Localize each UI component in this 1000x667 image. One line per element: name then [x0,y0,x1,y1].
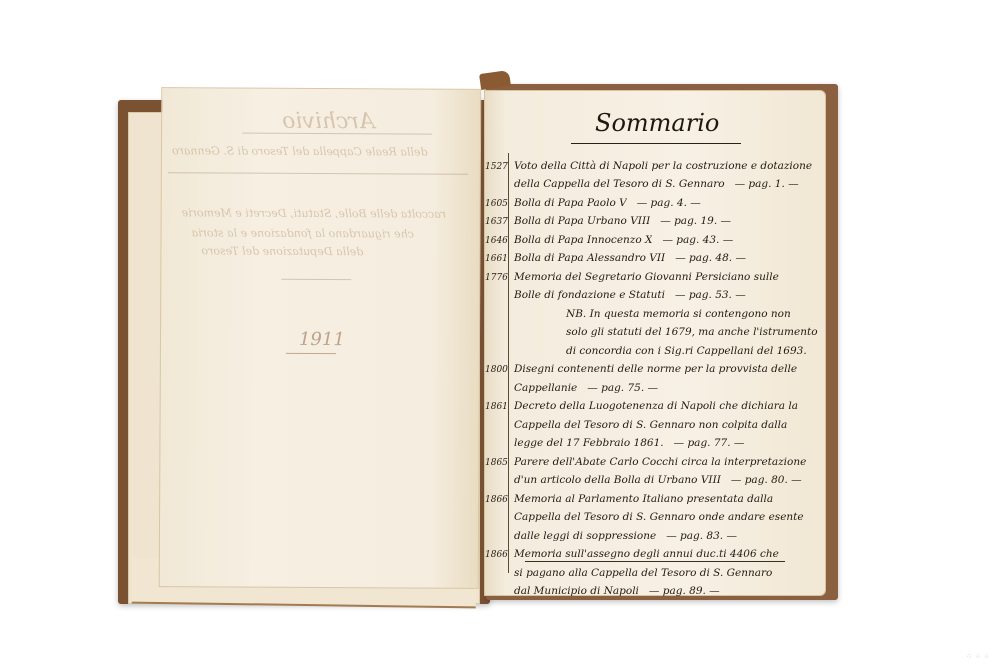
entry-line: 1776Memoria del Segretario Giovanni Pers… [485,264,825,283]
entry-line: 1866Memoria al Parlamento Italiano prese… [485,486,825,505]
entry-text: NB. In questa memoria si contengono non [510,308,791,320]
open-book-photo: Archivio della Reale Cappella del Tesoro… [0,0,1000,667]
entry-year: 1527 [485,162,510,172]
entry-text: dalle leggi di soppressione [510,530,656,542]
entry-page-ref: — pag. 75. — [587,382,658,394]
entry-line: 1527Voto della Città di Napoli per la co… [485,153,825,172]
entry-line: 1637Bolla di Papa Urbano VIII— pag. 19. … [485,209,825,228]
entry-line: solo gli statuti del 1679, ma anche l'is… [485,320,825,339]
sommario-entries: 1527Voto della Città di Napoli per la co… [485,153,825,597]
ghost-line: che riguardano la fondazione e la storia [192,226,414,240]
sommario-entry: 1866Memoria sull'assegno degli annui duc… [485,542,825,598]
entry-year: 1646 [485,236,510,246]
entry-line: Cappella del Tesoro di S. Gennaro non co… [485,412,825,431]
entry-text: Disegni contenenti delle norme per la pr… [510,363,797,375]
entry-text: solo gli statuti del 1679, ma anche l'is… [510,326,818,338]
entry-text: Bolla di Papa Innocenzo X [510,234,652,246]
entry-text: Parere dell'Abate Carlo Cocchi circa la … [510,456,806,468]
entry-page-ref: — pag. 48. — [675,252,746,264]
entry-text: Bolle di fondazione e Statuti [510,289,665,301]
entry-year: 1866 [485,495,510,505]
ghost-line: della Deputazione del Tesoro [201,244,363,258]
ghost-title: Archivio [282,109,375,134]
ghost-line: raccolta delle Bolle, Statuti, Decreti e… [182,206,446,220]
entry-year: 1866 [485,550,510,560]
entry-year: 1861 [485,402,510,412]
entry-line: 1605Bolla di Papa Paolo V— pag. 4. — [485,190,825,209]
sommario-entry: 1861Decreto della Luogotenenza di Napoli… [485,394,825,450]
sommario-entry: 1605Bolla di Papa Paolo V— pag. 4. — [485,190,825,209]
entry-year: 1865 [485,458,510,468]
entry-text: dal Municipio di Napoli [510,585,639,597]
entry-text: Bolla di Papa Alessandro VII [510,252,665,264]
entry-page-ref: — pag. 1. — [735,178,799,190]
sommario-entry: 1637Bolla di Papa Urbano VIII— pag. 19. … [485,209,825,228]
sommario-entry: 1527Voto della Città di Napoli per la co… [485,153,825,190]
entry-page-ref: — pag. 19. — [660,215,731,227]
entry-text: Decreto della Luogotenenza di Napoli che… [510,400,798,412]
left-page: Archivio della Reale Cappella del Tesoro… [159,87,482,589]
entry-page-ref: — pag. 4. — [637,197,701,209]
ghost-rule [168,172,468,175]
sommario-entry: 1661Bolla di Papa Alessandro VII— pag. 4… [485,246,825,265]
watermark-icon: ⁘⁘⁘ [966,653,992,661]
entry-text: Cappella del Tesoro di S. Gennaro onde a… [510,511,804,523]
entry-year: 1800 [485,365,510,375]
entry-text: Memoria al Parlamento Italiano presentat… [510,493,773,505]
entry-page-ref: — pag. 80. — [731,474,802,486]
entry-line: dalle leggi di soppressione— pag. 83. — [485,523,825,542]
entry-year: 1637 [485,217,510,227]
entry-line: Cappellanie— pag. 75. — [485,375,825,394]
ghost-rule [242,133,432,135]
entry-line: 1865Parere dell'Abate Carlo Cocchi circa… [485,449,825,468]
entry-year: 1605 [485,199,510,209]
entry-line: d'un articolo della Bolla di Urbano VIII… [485,468,825,487]
entry-text: si pagano alla Cappella del Tesoro di S.… [510,567,772,579]
entry-text: Cappellanie [510,382,577,394]
entry-line: Cappella del Tesoro di S. Gennaro onde a… [485,505,825,524]
entry-text: d'un articolo della Bolla di Urbano VIII [510,474,721,486]
entry-text: Memoria del Segretario Giovanni Persicia… [510,271,779,283]
sommario-entry: NB. In questa memoria si contengono nons… [485,301,825,357]
entry-line: 1800Disegni contenenti delle norme per l… [485,357,825,376]
entry-line: NB. In questa memoria si contengono non [485,301,825,320]
right-page-sommario: Sommario 1527Voto della Città di Napoli … [484,90,826,596]
sommario-entry: 1776Memoria del Segretario Giovanni Pers… [485,264,825,301]
entry-line: dal Municipio di Napoli— pag. 89. — [485,579,825,598]
entry-line: 1646Bolla di Papa Innocenzo X— pag. 43. … [485,227,825,246]
title-underline [571,143,741,144]
entry-line: Bolle di fondazione e Statuti— pag. 53. … [485,283,825,302]
entry-line: 1866Memoria sull'assegno degli annui duc… [485,542,825,561]
entry-line: di concordia con i Sig.ri Cappellani del… [485,338,825,357]
ghost-mark: 1911 [299,329,345,350]
entry-page-ref: — pag. 43. — [662,234,733,246]
entry-line: della Cappella del Tesoro di S. Gennaro—… [485,172,825,191]
ghost-rule [286,353,336,354]
entry-page-ref: — pag. 83. — [666,530,737,542]
entry-text: Bolla di Papa Paolo V [510,197,627,209]
ghost-rule [281,279,351,280]
entry-text: legge del 17 Febbraio 1861. [510,437,664,449]
sommario-entry: 1865Parere dell'Abate Carlo Cocchi circa… [485,449,825,486]
sommario-entry: 1800Disegni contenenti delle norme per l… [485,357,825,394]
entry-text: Cappella del Tesoro di S. Gennaro non co… [510,419,787,431]
entry-year: 1776 [485,273,510,283]
entry-text: Bolla di Papa Urbano VIII [510,215,650,227]
entry-line: 1861Decreto della Luogotenenza di Napoli… [485,394,825,413]
entry-year: 1661 [485,254,510,264]
entry-page-ref: — pag. 89. — [649,585,720,597]
ghost-line: della Reale Cappella del Tesoro di S. Ge… [172,144,428,158]
entry-line: 1661Bolla di Papa Alessandro VII— pag. 4… [485,246,825,265]
page-title: Sommario [595,109,719,137]
sommario-entry: 1646Bolla di Papa Innocenzo X— pag. 43. … [485,227,825,246]
end-rule [525,561,785,562]
entry-line: si pagano alla Cappella del Tesoro di S.… [485,560,825,579]
sommario-entry: 1866Memoria al Parlamento Italiano prese… [485,486,825,542]
entry-line: legge del 17 Febbraio 1861.— pag. 77. — [485,431,825,450]
entry-page-ref: — pag. 77. — [674,437,745,449]
entry-text: della Cappella del Tesoro di S. Gennaro [510,178,725,190]
entry-text: di concordia con i Sig.ri Cappellani del… [510,345,807,357]
entry-text: Memoria sull'assegno degli annui duc.ti … [510,548,779,560]
entry-page-ref: — pag. 53. — [675,289,746,301]
entry-text: Voto della Città di Napoli per la costru… [510,160,812,172]
